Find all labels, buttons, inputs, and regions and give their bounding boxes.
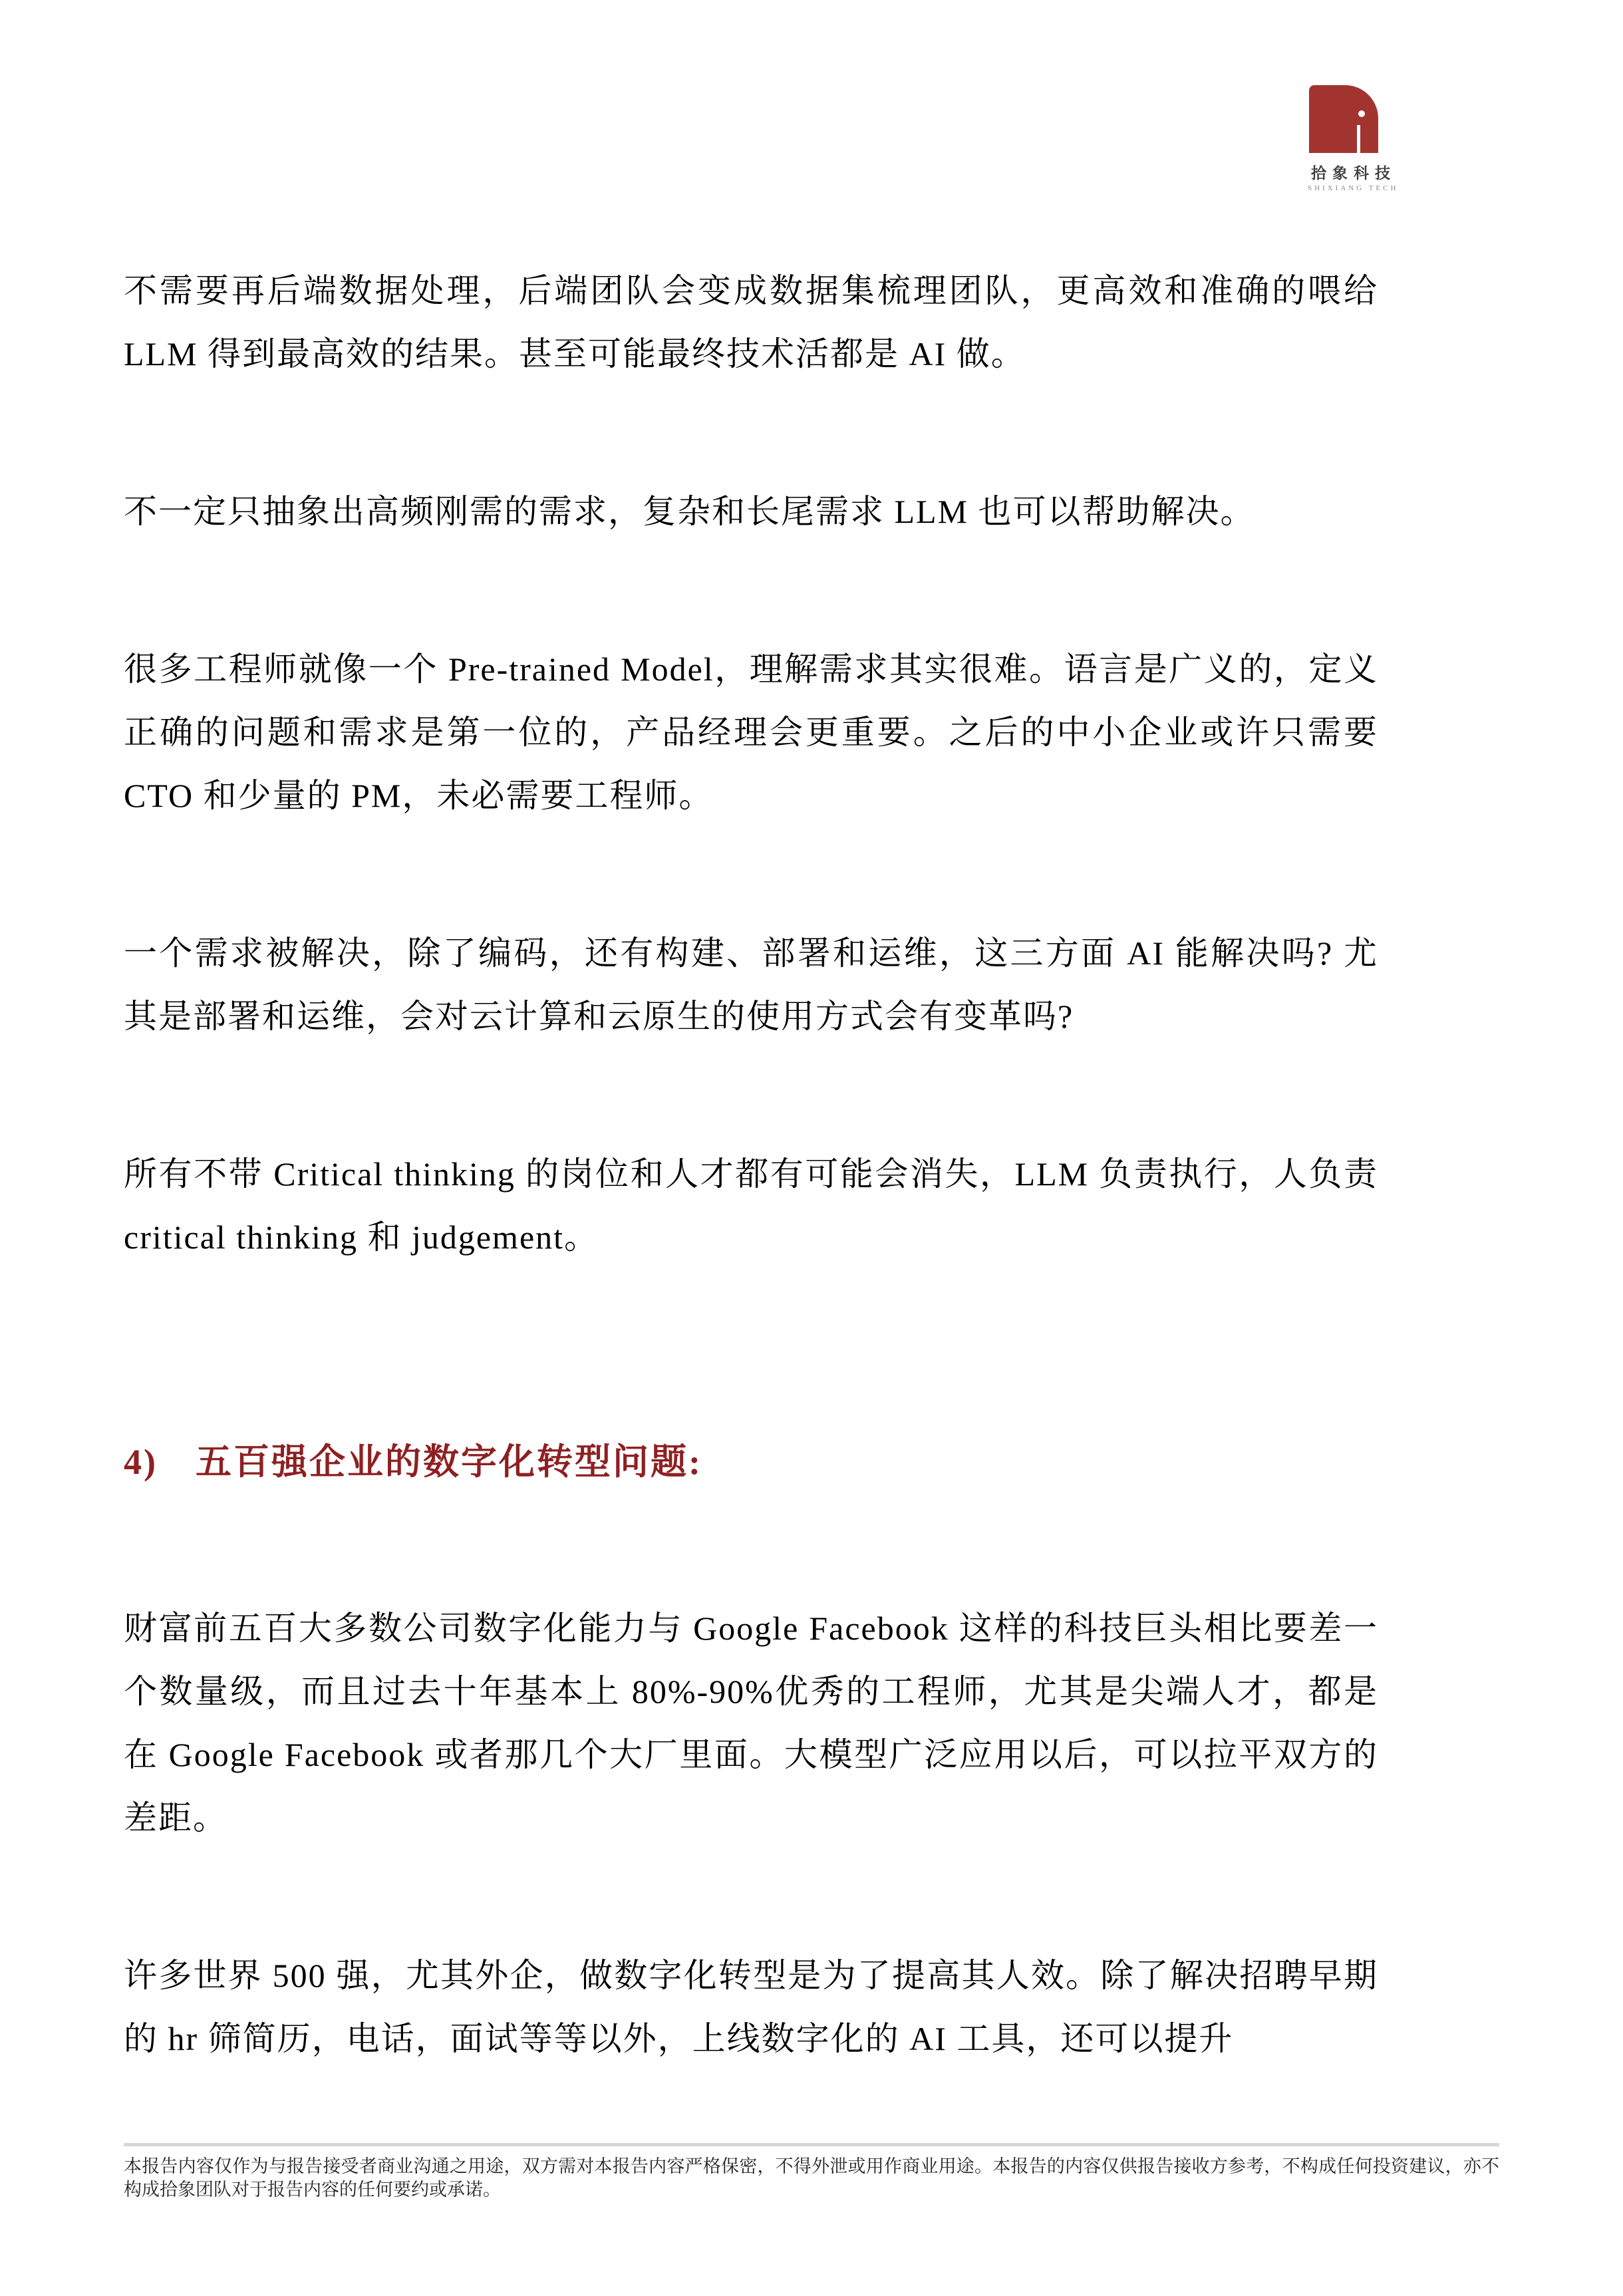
paragraph-7: 许多世界 500 强，尤其外企，做数字化转型是为了提高其人效。除了解决招聘早期的…: [124, 1944, 1378, 2071]
page-footer: 本报告内容仅作为与报告接受者商业沟通之用途，双方需对本报告内容严格保密，不得外泄…: [124, 2143, 1499, 2202]
paragraph-3: 很多工程师就像一个 Pre-trained Model，理解需求其实很难。语言是…: [124, 638, 1378, 827]
section-heading: 4) 五百强企业的数字化转型问题:: [124, 1429, 1378, 1495]
report-body: 不需要再后端数据处理，后端团队会变成数据集梳理团队，更高效和准确的喂给 LLM …: [124, 259, 1378, 2071]
paragraph-1: 不需要再后端数据处理，后端团队会变成数据集梳理团队，更高效和准确的喂给 LLM …: [124, 259, 1378, 386]
footer-divider: [124, 2143, 1499, 2146]
paragraph-2: 不一定只抽象出高频刚需的需求，复杂和长尾需求 LLM 也可以帮助解决。: [124, 480, 1378, 543]
disclaimer-text: 本报告内容仅作为与报告接受者商业沟通之用途，双方需对本报告内容严格保密，不得外泄…: [124, 2155, 1499, 2202]
logo-company-name-cn: 拾象科技: [1305, 161, 1382, 183]
logo-trunk-line-icon: [1357, 125, 1360, 153]
paragraph-5: 所有不带 Critical thinking 的岗位和人才都有可能会消失，LLM…: [124, 1143, 1378, 1269]
company-logo: 拾象科技 SHIXIANG TECH: [1305, 85, 1382, 192]
logo-eye-dot-icon: [1358, 110, 1365, 117]
paragraph-6: 财富前五百大多数公司数字化能力与 Google Facebook 这样的科技巨头…: [124, 1597, 1378, 1850]
shixiang-elephant-logo-icon: [1309, 85, 1378, 153]
logo-company-name-en: SHIXIANG TECH: [1305, 184, 1382, 192]
document-page: 拾象科技 SHIXIANG TECH 不需要再后端数据处理，后端团队会变成数据集…: [0, 0, 1623, 2296]
paragraph-4: 一个需求被解决，除了编码，还有构建、部署和运维，这三方面 AI 能解决吗? 尤其…: [124, 922, 1378, 1048]
